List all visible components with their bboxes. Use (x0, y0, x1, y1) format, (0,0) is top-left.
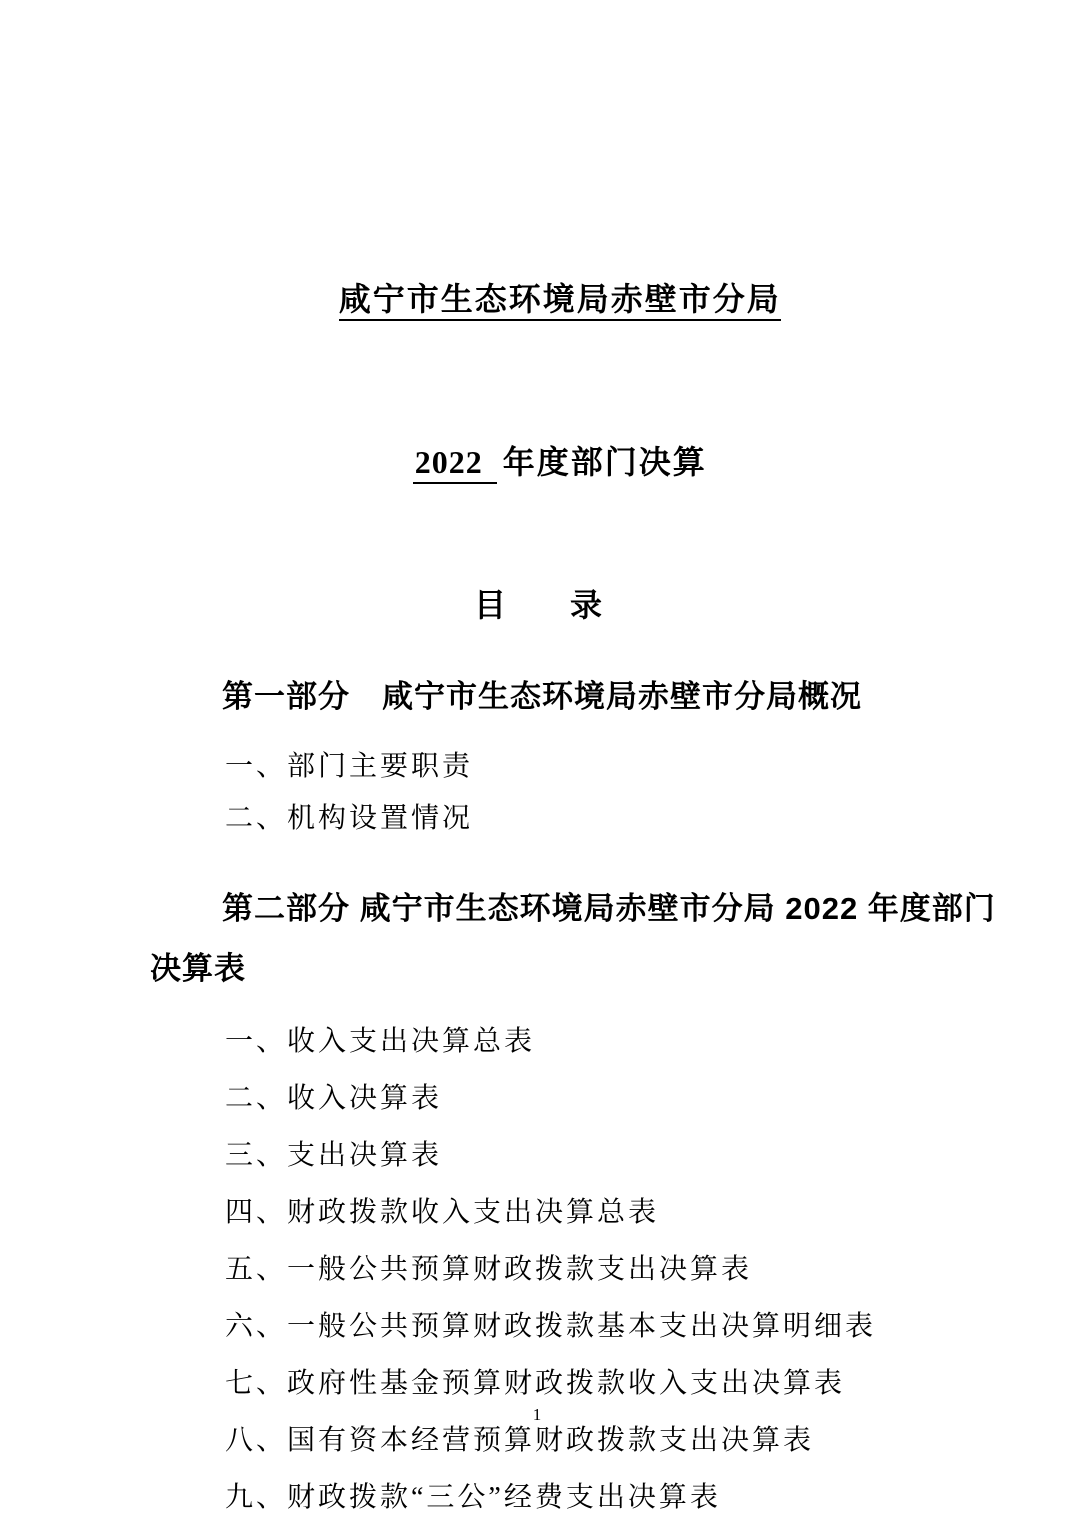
document-title-text: 咸宁市生态环境局赤壁市分局 (339, 281, 781, 321)
document-subtitle-year: 2022 (413, 444, 497, 484)
document-page: 咸宁市生态环境局赤壁市分局 2022年度部门决算 目 录 第一部分 咸宁市生态环… (0, 0, 1074, 1520)
part1-item-2: 二、机构设置情况 (225, 803, 926, 835)
part1-list: 一、部门主要职责 二、机构设置情况 (150, 751, 926, 835)
part2-heading-line1: 第二部分 咸宁市生态环境局赤壁市分局 2022 年度部门 (150, 892, 926, 926)
page-number: 1 (0, 1405, 1074, 1425)
document-subtitle: 2022年度部门决算 (150, 408, 926, 520)
part2-item-5: 五、一般公共预算财政拨款支出决算表 (225, 1254, 926, 1286)
part2-item-1: 一、收入支出决算总表 (225, 1026, 926, 1058)
part2-list: 一、收入支出决算总表 二、收入决算表 三、支出决算表 四、财政拨款收入支出决算总… (150, 1026, 926, 1514)
part1-heading: 第一部分 咸宁市生态环境局赤壁市分局概况 (150, 680, 926, 714)
part1-item-1: 一、部门主要职责 (225, 751, 926, 783)
document-subtitle-text: 年度部门决算 (503, 444, 707, 480)
part2-heading-line2: 决算表 (150, 952, 926, 986)
part2-item-6: 六、一般公共预算财政拨款基本支出决算明细表 (225, 1311, 926, 1343)
part2-item-9: 九、财政拨款“三公”经费支出决算表 (225, 1482, 926, 1514)
toc-heading: 目 录 (150, 587, 926, 623)
document-title: 咸宁市生态环境局赤壁市分局 (150, 245, 926, 357)
part2-item-7: 七、政府性基金预算财政拨款收入支出决算表 (225, 1368, 926, 1400)
part2-item-3: 三、支出决算表 (225, 1140, 926, 1172)
part2-item-2: 二、收入决算表 (225, 1083, 926, 1115)
part2-item-8: 八、国有资本经营预算财政拨款支出决算表 (225, 1425, 926, 1457)
part2-item-4: 四、财政拨款收入支出决算总表 (225, 1197, 926, 1229)
